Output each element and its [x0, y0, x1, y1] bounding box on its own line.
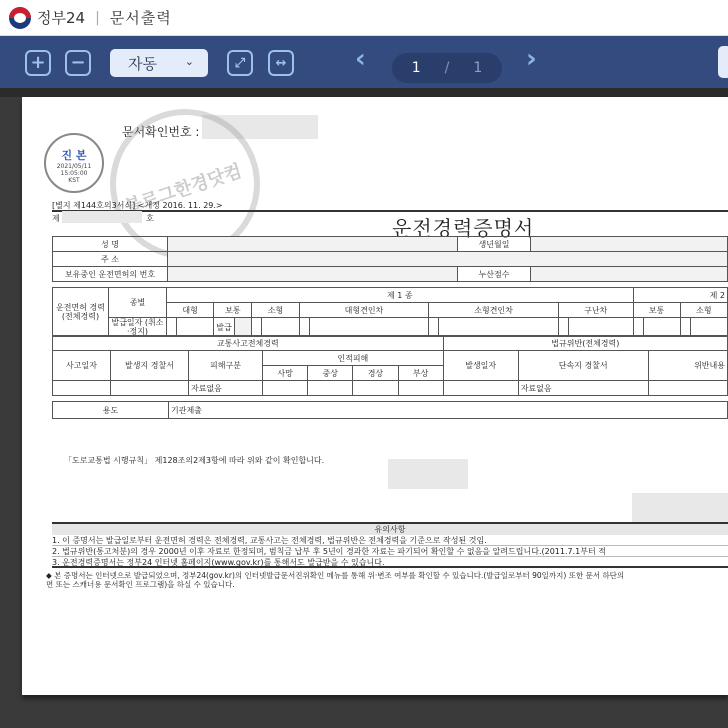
page-indicator: 1 / 1 [392, 53, 502, 83]
total-pages: 1 [473, 60, 482, 76]
fit-page-button[interactable]: ⤢ [227, 50, 253, 76]
value-license-no [168, 267, 458, 282]
label-license-no: 보유중인 운전면허의 번호 [53, 267, 168, 282]
license-history-table: 운전면허 경력 (전체경력) 종별 제 1 종 제 2 대형 보통 소형 대형견… [52, 287, 728, 337]
type-large-trailer: 대형견인차 [299, 303, 429, 318]
col-injury: 인적피해 [263, 351, 444, 366]
next-page-button[interactable]: › [526, 44, 537, 74]
note-3: 3. 운전경력증명서는 정부24 인터넷 홈페이지(www.gov.kr)를 통… [52, 557, 728, 568]
type2-small: 소형 [680, 303, 727, 318]
col-violation-content: 위반내용 [648, 351, 727, 381]
label-name: 성 명 [53, 237, 168, 252]
window-title: 문서출력 [110, 7, 172, 28]
label-penalty-points: 누산점수 [458, 267, 531, 282]
type-wrecker: 구난차 [558, 303, 633, 318]
number-suffix: 호 [146, 213, 154, 224]
redacted-number [62, 211, 142, 223]
minus-icon: − [70, 54, 85, 72]
value-name [168, 237, 458, 252]
type-small: 소형 [252, 303, 299, 318]
zoom-in-button[interactable]: + [25, 50, 51, 76]
type2-regular: 보통 [633, 303, 680, 318]
col-damage-type: 피해구분 [189, 351, 263, 381]
stamp-date: 2021/05/11 [46, 163, 102, 170]
zoom-mode-value: 자동 [128, 53, 157, 74]
divider [52, 210, 728, 212]
value-purpose: 기관제출 [169, 402, 728, 419]
injury-death: 사망 [263, 366, 308, 381]
page-separator: / [445, 60, 450, 76]
footnote-line-1: ◆ 본 증명서는 인터넷으로 발급되었으며, 정부24(gov.kr)의 인터넷… [46, 571, 624, 580]
accident-violation-table: 교통사고전체경력 법규위반(전체경력) 사고일자 발생지 경찰서 피해구분 인적… [52, 335, 728, 396]
footnote-line-2: 면 또는 스캐너용 문서확인 프로그램)을 하실 수 있습니다. [46, 580, 624, 589]
label-type: 종별 [109, 288, 167, 318]
injury-serious: 중상 [308, 366, 353, 381]
col-accident-date: 사고일자 [53, 351, 111, 381]
redacted-issue-date [234, 318, 252, 337]
issue-marker: 발급 [214, 318, 234, 337]
violation-title: 법규위반(전체경력) [443, 336, 727, 351]
chevron-down-icon: ⌄ [185, 55, 194, 68]
brand-name: 정부24 [37, 7, 85, 28]
type-small-trailer: 소형견인차 [429, 303, 559, 318]
document-page: 문서확인번호 : 진 본 2021/05/11 15:05:00 KST 블로그… [22, 97, 728, 695]
stamp-tz: KST [46, 177, 102, 184]
value-penalty-points [531, 267, 728, 282]
zoom-out-button[interactable]: − [65, 50, 91, 76]
type-large: 대형 [167, 303, 214, 318]
redacted-signature [388, 459, 468, 489]
notes-title: 유의사항 [52, 522, 728, 535]
col-accident-police: 발생지 경찰서 [111, 351, 189, 381]
label-class2: 제 2 [633, 288, 727, 303]
footnote: ◆ 본 증명서는 인터넷으로 발급되었으며, 정부24(gov.kr)의 인터넷… [46, 571, 624, 589]
redacted-seal [632, 493, 728, 523]
violation-no-data: 자료없음 [518, 381, 648, 396]
authenticity-stamp: 진 본 2021/05/11 15:05:00 KST [44, 133, 104, 193]
expand-icon: ⤢ [235, 57, 245, 70]
zoom-mode-select[interactable]: 자동 ⌄ [110, 49, 208, 77]
value-address [168, 252, 728, 267]
toolbar-overflow-button[interactable] [718, 46, 728, 78]
viewer-toolbar: + − 자동 ⌄ ⤢ ↔ ‹ 1 / 1 › [0, 36, 728, 88]
title-separator: | [95, 10, 100, 26]
chevron-right-icon: › [526, 44, 537, 74]
document-viewer: 문서확인번호 : 진 본 2021/05/11 15:05:00 KST 블로그… [0, 97, 728, 728]
label-birth: 생년월일 [458, 237, 531, 252]
chevron-left-icon: ‹ [355, 44, 366, 74]
label-purpose: 용도 [53, 402, 169, 419]
injury-injury: 부상 [398, 366, 443, 381]
type-regular: 보통 [214, 303, 252, 318]
prev-page-button[interactable]: ‹ [355, 44, 366, 74]
label-license-history: 운전면허 경력 (전체경력) [53, 288, 109, 337]
stamp-mark: 진 본 [46, 147, 102, 163]
col-violation-police: 단속지 경찰서 [518, 351, 648, 381]
current-page-input[interactable]: 1 [412, 60, 421, 76]
value-birth [531, 237, 728, 252]
label-address: 주 소 [53, 252, 168, 267]
col-violation-date: 발생일자 [443, 351, 518, 381]
fit-width-button[interactable]: ↔ [268, 50, 294, 76]
accident-title: 교통사고전체경력 [53, 336, 444, 351]
accident-no-data: 자료없음 [189, 381, 263, 396]
confirmation-text: 「도로교통법 시행규칙」 제128조의2제3항에 따라 위와 같이 확인합니다. [64, 455, 324, 466]
personal-info-table: 성 명 생년월일 주 소 보유중인 운전면허의 번호 누산점수 [52, 236, 728, 282]
label-class1: 제 1 종 [167, 288, 634, 303]
note-1: 1. 이 증명서는 발급일로부터 운전면허 경력은 전체경력, 교통사고는 전체… [52, 535, 728, 546]
plus-icon: + [30, 54, 45, 72]
stamp-time: 15:05:00 [46, 170, 102, 177]
notes-list: 1. 이 증명서는 발급일로부터 운전면허 경력은 전체경력, 교통사고는 전체… [52, 535, 728, 568]
gov-logo-icon [9, 7, 31, 29]
purpose-table: 용도 기관제출 [52, 401, 728, 419]
note-2: 2. 법규위반(통고처분)의 경우 2000년 이후 자료로 한정되며, 범칙금… [52, 546, 728, 557]
label-issue-date: 발급일자 (취소·정지) [109, 318, 167, 337]
number-prefix: 제 [52, 213, 60, 224]
injury-minor: 경상 [353, 366, 398, 381]
title-bar: 정부24 | 문서출력 [0, 0, 728, 36]
arrows-horizontal-icon: ↔ [276, 57, 287, 70]
